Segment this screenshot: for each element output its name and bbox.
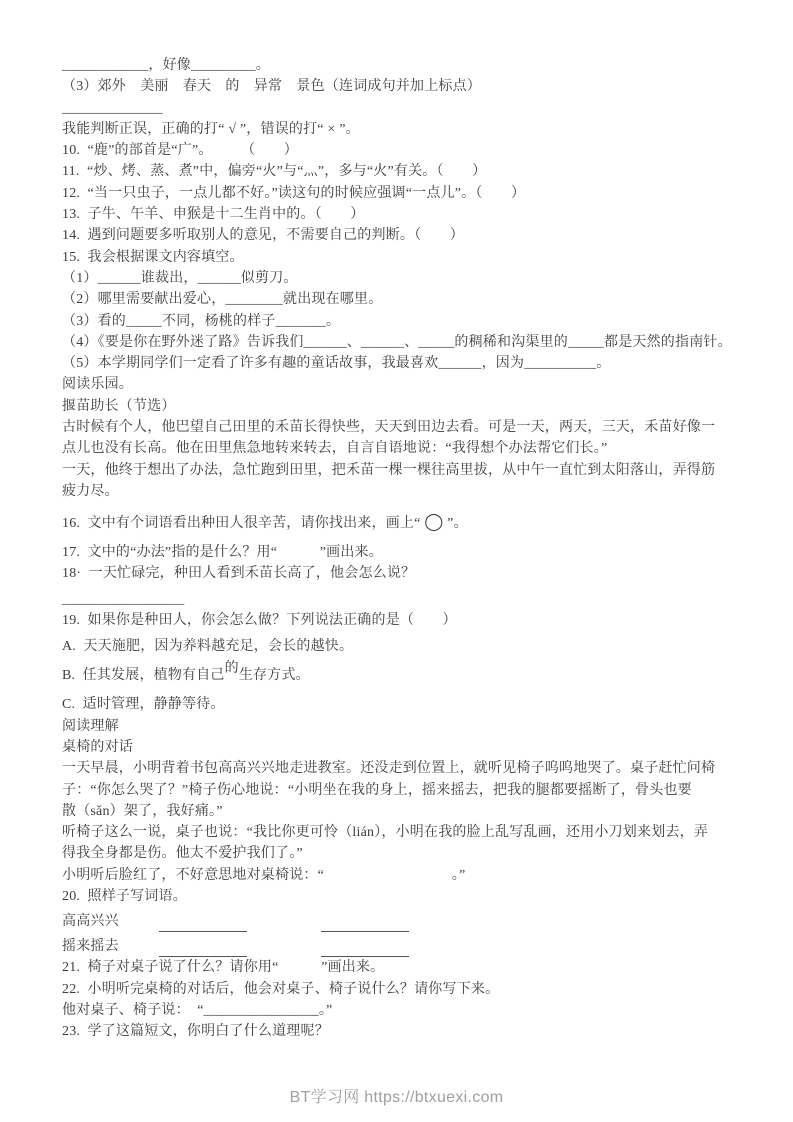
q9-fill-sentence-blanks: ____________，好像_________。 <box>62 55 737 76</box>
passage2-line2: 子：“你怎么哭了？”椅子伤心地说：“小明坐在我的身上，摇来摇去，把我的腿都要摇断… <box>62 780 737 801</box>
q20-pattern-row-1-label: 高高兴兴 <box>62 911 119 932</box>
q16: 16. 文中有个词语看出种田人很辛苦，请你找出来，画上“ ◯ ”。 <box>62 511 737 534</box>
q15-4: （4）《要是你在野外迷了路》告诉我们______、______、_____的稠稀… <box>62 332 737 353</box>
passage2-line3: 散（sǎn）架了，我好痛。” <box>62 801 737 822</box>
passage1-line2: 点儿也没有长高。他在田里焦急地转来转去，自言自语地说：“我得想个办法帮它们长。” <box>62 438 737 459</box>
footer-watermark-text: BT学习网 https://btxuexi.com <box>290 1089 504 1106</box>
q19-choice-b-text: 生存方式。 <box>239 668 310 683</box>
q20-pattern-row-1: 高高兴兴 <box>62 909 737 932</box>
q12-truefalse: 12. “当一只虫子，一点儿都不好。”读这句的时候应强调“一点儿”。（ ） <box>62 183 737 204</box>
answer-blank-line-1: ______________ <box>62 98 737 119</box>
q19-choice-a: A. 天天施肥，因为养料越充足，会长的越快。 <box>62 636 737 657</box>
section-reading-comprehension: 阅读理解 <box>62 716 737 737</box>
q18: 18· 一天忙碌完，种田人看到禾苗长高了，他会怎么说？ <box>62 563 737 584</box>
q19-choice-b: B. 任其发展，植物有自己的生存方式。 <box>62 665 737 686</box>
q23: 23. 学了这篇短文，你明白了什么道理呢？ <box>62 1021 737 1042</box>
q19-choice-c: C. 适时管理，静静等待。 <box>62 694 737 715</box>
footer-watermark: BT学习网 https://btxuexi.com <box>0 1084 793 1107</box>
q20: 20. 照样子写词语。 <box>62 886 737 907</box>
q15-2: （2）哪里需要献出爱心，________就出现在哪里。 <box>62 289 737 310</box>
truefalse-section-instruction: 我能判断正误，正确的打“ √ ”，错误的打“ × ”。 <box>62 119 737 140</box>
passage1-line3: 一天，他终于想出了办法，急忙跑到田里，把禾苗一棵一棵往高里拔，从中午一直忙到太阳… <box>62 460 737 481</box>
q14-truefalse: 14. 遇到问题要多听取别人的意见，不需要自己的判断。（ ） <box>62 225 737 246</box>
passage1-title: 揠苗助长（节选） <box>62 396 737 417</box>
q19: 19. 如果你是种田人，你会怎么做？下列说法正确的是（ ） <box>62 610 737 631</box>
q13-truefalse: 13. 子牛、午羊、申猴是十二生肖中的。（ ） <box>62 204 737 225</box>
answer-blank-segment <box>159 941 247 957</box>
passage1-line1: 古时候有个人，他巴望自己田里的禾苗长得快些，天天到田边去看。可是一天，两天，三天… <box>62 417 737 438</box>
answer-blank-segment <box>159 916 247 932</box>
circle-mark-glyph: ◯ <box>424 512 443 531</box>
passage2-line4: 听椅子这么一说，桌子也说：“我比你更可怜（lián），小明在我的脸上乱写乱画，还… <box>62 822 737 843</box>
q9-3-word-arrangement: （3）郊外 美丽 春天 的 异常 景色（连词成句并加上标点） <box>62 76 737 97</box>
q10-truefalse: 10. “鹿”的部首是“广”。 （ ） <box>62 140 737 161</box>
q22-answer-line: 他对桌子、椅子说： “________________。” <box>62 1000 737 1021</box>
passage2-line1: 一天早晨，小明背着书包高高兴兴地走进教室。还没走到位置上，就听见椅子呜呜地哭了。… <box>62 758 737 779</box>
worksheet: ____________，好像_________。（3）郊外 美丽 春天 的 异… <box>0 0 793 1042</box>
q15-fill-in: 15. 我会根据课文内容填空。 <box>62 247 737 268</box>
q22: 22. 小明听完桌椅的对话后，他会对桌子、椅子说什么？请你写下来。 <box>62 979 737 1000</box>
q19-choice-b-raised-char: 的 <box>225 661 239 676</box>
q20-pattern-row-2: 摇来摇去 <box>62 934 737 957</box>
passage1-line4: 疲力尽。 <box>62 481 737 502</box>
q15-3: （3）看的_____不同，杨桃的样子_______。 <box>62 311 737 332</box>
q17: 17. 文中的“办法”指的是什么？用“ ”画出来。 <box>62 542 737 563</box>
q15-1: （1）______谁裁出，______似剪刀。 <box>62 268 737 289</box>
q11-truefalse: 11. “炒、烤、蒸、煮”中，偏旁“火”与“灬”，多与“火”有关。（ ） <box>62 161 737 182</box>
answer-blank-segment <box>321 941 409 957</box>
q16-text: ”。 <box>443 516 467 531</box>
scanned-exam-page: { "page": { "background": "#ffffff", "te… <box>0 0 793 1122</box>
q19-choice-b-text: B. 任其发展，植物有自己 <box>62 668 225 683</box>
q15-5: （5）本学期同学们一定看了许多有趣的童话故事，我最喜欢______，因为____… <box>62 353 737 374</box>
q21: 21. 椅子对桌子说了什么？请你用“ ”画出来。 <box>62 957 737 978</box>
answer-blank-segment <box>321 916 409 932</box>
section-reading-garden: 阅读乐园。 <box>62 374 737 395</box>
passage2-title: 桌椅的对话 <box>62 737 737 758</box>
q16-text: 16. 文中有个词语看出种田人很辛苦，请你找出来，画上“ <box>62 516 424 531</box>
q20-pattern-row-2-label: 摇来摇去 <box>62 936 119 957</box>
passage2-line5: 得我全身都是伤。他太不爱护我们了。” <box>62 843 737 864</box>
passage2-line6: 小明听后脸红了，不好意思地对桌椅说：“ 。” <box>62 865 737 886</box>
answer-blank-line-2: _________________ <box>62 589 737 610</box>
